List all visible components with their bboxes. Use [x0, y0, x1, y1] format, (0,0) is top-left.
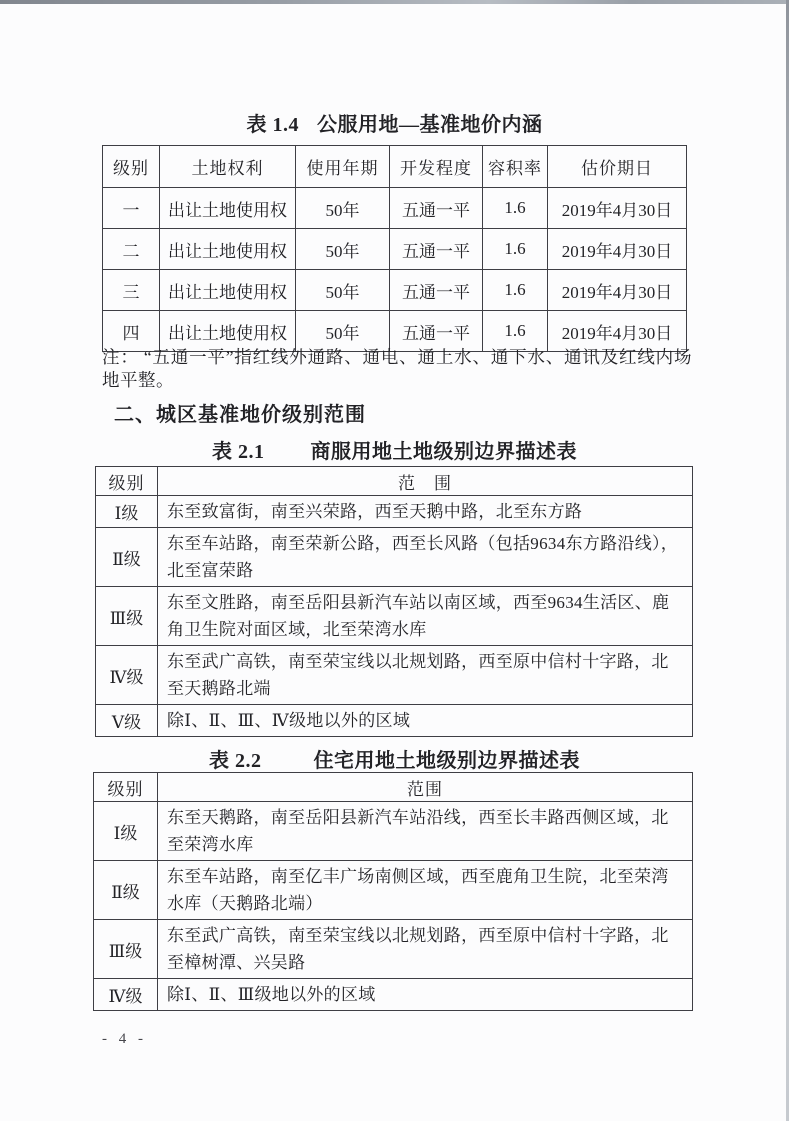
scan-edge-top	[0, 0, 789, 4]
cell-level: Ⅴ级	[96, 705, 158, 737]
cell-valuation-date: 2019年4月30日	[548, 270, 687, 311]
cell-far: 1.6	[483, 229, 548, 270]
cell-level: 三	[103, 270, 160, 311]
col-header-use-term: 使用年期	[296, 146, 390, 188]
col-header-far: 容积率	[483, 146, 548, 188]
col-header-land-right: 土地权利	[160, 146, 296, 188]
cell-valuation-date: 2019年4月30日	[548, 188, 687, 229]
cell-level: Ⅲ级	[96, 587, 158, 646]
cell-level: Ⅱ级	[96, 528, 158, 587]
cell-level: Ⅰ级	[96, 496, 158, 528]
scanned-document-page: { "table_1_4": { "title_no": "表 1.4", "t…	[0, 0, 789, 1121]
table-2-1-title-text: 商服用地土地级别边界描述表	[311, 435, 578, 464]
table-2-1-title-number: 表 2.1	[212, 435, 265, 464]
cell-range: 东至车站路，南至亿丰广场南侧区域，西至鹿角卫生院，北至荣湾水库（天鹅路北端）	[158, 861, 693, 920]
table-2-2-header-row: 级别 范围	[94, 773, 693, 802]
table-row: Ⅱ级 东至车站路，南至荣新公路，西至长风路（包括9634东方路沿线），北至富荣路	[96, 528, 693, 587]
table-1-4-header-row: 级别 土地权利 使用年期 开发程度 容积率 估价期日	[103, 146, 687, 188]
table-row: 二 出让土地使用权 50年 五通一平 1.6 2019年4月30日	[103, 229, 687, 270]
cell-level: Ⅰ级	[94, 802, 158, 861]
table-row: Ⅱ级 东至车站路，南至亿丰广场南侧区域，西至鹿角卫生院，北至荣湾水库（天鹅路北端…	[94, 861, 693, 920]
cell-far: 1.6	[483, 270, 548, 311]
cell-range: 东至天鹅路，南至岳阳县新汽车站沿线，西至长丰路西侧区域，北至荣湾水库	[158, 802, 693, 861]
table-1-4-title-text: 公服用地—基准地价内涵	[317, 108, 543, 137]
table-row: Ⅳ级 除Ⅰ、Ⅱ、Ⅲ级地以外的区域	[94, 979, 693, 1011]
table-row: Ⅰ级 东至致富街，南至兴荣路，西至天鹅中路，北至东方路	[96, 496, 693, 528]
cell-range: 除Ⅰ、Ⅱ、Ⅲ级地以外的区域	[158, 979, 693, 1011]
cell-level: Ⅳ级	[96, 646, 158, 705]
cell-development: 五通一平	[390, 188, 483, 229]
cell-land-right: 出让土地使用权	[160, 188, 296, 229]
table-1-4: 级别 土地权利 使用年期 开发程度 容积率 估价期日 一 出让土地使用权 50年…	[102, 145, 687, 352]
cell-use-term: 50年	[296, 188, 390, 229]
cell-range: 东至车站路，南至荣新公路，西至长风路（包括9634东方路沿线），北至富荣路	[158, 528, 693, 587]
col-header-level: 级别	[96, 467, 158, 496]
col-header-range: 范 围	[158, 467, 693, 496]
col-header-level: 级别	[103, 146, 160, 188]
cell-level: 一	[103, 188, 160, 229]
table-2-1-title: 表 2.1 商服用地土地级别边界描述表	[0, 435, 789, 464]
table-2-1: 级别 范 围 Ⅰ级 东至致富街，南至兴荣路，西至天鹅中路，北至东方路 Ⅱ级 东至…	[95, 466, 693, 737]
table-2-2: 级别 范围 Ⅰ级 东至天鹅路，南至岳阳县新汽车站沿线，西至长丰路西侧区域，北至荣…	[93, 772, 693, 1011]
cell-range: 东至致富街，南至兴荣路，西至天鹅中路，北至东方路	[158, 496, 693, 528]
cell-development: 五通一平	[390, 270, 483, 311]
cell-land-right: 出让土地使用权	[160, 229, 296, 270]
table-2-2-title-text: 住宅用地土地级别边界描述表	[314, 744, 581, 773]
col-header-range: 范围	[158, 773, 693, 802]
cell-level: Ⅲ级	[94, 920, 158, 979]
table-2-1-header-row: 级别 范 围	[96, 467, 693, 496]
col-header-valuation-date: 估价期日	[548, 146, 687, 188]
table-row: Ⅲ级 东至文胜路，南至岳阳县新汽车站以南区域，西至9634生活区、鹿角卫生院对面…	[96, 587, 693, 646]
col-header-development: 开发程度	[390, 146, 483, 188]
table-row: Ⅲ级 东至武广高铁，南至荣宝线以北规划路，西至原中信村十字路，北至樟树潭、兴吴路	[94, 920, 693, 979]
table-2-2-title-number: 表 2.2	[209, 744, 262, 773]
section-2-heading: 二、城区基准地价级别范围	[114, 398, 366, 427]
cell-level: Ⅱ级	[94, 861, 158, 920]
table-row: Ⅰ级 东至天鹅路，南至岳阳县新汽车站沿线，西至长丰路西侧区域，北至荣湾水库	[94, 802, 693, 861]
col-header-level: 级别	[94, 773, 158, 802]
cell-land-right: 出让土地使用权	[160, 270, 296, 311]
cell-valuation-date: 2019年4月30日	[548, 229, 687, 270]
table-2-2-title: 表 2.2 住宅用地土地级别边界描述表	[0, 744, 789, 773]
cell-level: 二	[103, 229, 160, 270]
table-row: Ⅴ级 除Ⅰ、Ⅱ、Ⅲ、Ⅳ级地以外的区域	[96, 705, 693, 737]
table-row: 一 出让土地使用权 50年 五通一平 1.6 2019年4月30日	[103, 188, 687, 229]
table-row: Ⅳ级 东至武广高铁，南至荣宝线以北规划路，西至原中信村十字路，北至天鹅路北端	[96, 646, 693, 705]
table-1-4-title-number: 表 1.4	[247, 108, 300, 137]
cell-level: Ⅳ级	[94, 979, 158, 1011]
cell-use-term: 50年	[296, 270, 390, 311]
cell-range: 东至武广高铁，南至荣宝线以北规划路，西至原中信村十字路，北至樟树潭、兴吴路	[158, 920, 693, 979]
table-1-4-note: 注： “五通一平”指红线外通路、通电、通上水、通下水、通讯及红线内场地平整。	[102, 346, 692, 392]
cell-use-term: 50年	[296, 229, 390, 270]
cell-range: 除Ⅰ、Ⅱ、Ⅲ、Ⅳ级地以外的区域	[158, 705, 693, 737]
cell-range: 东至武广高铁，南至荣宝线以北规划路，西至原中信村十字路，北至天鹅路北端	[158, 646, 693, 705]
page-number: - 4 -	[102, 1031, 147, 1048]
table-1-4-title: 表 1.4 公服用地—基准地价内涵	[0, 108, 789, 137]
cell-far: 1.6	[483, 188, 548, 229]
cell-development: 五通一平	[390, 229, 483, 270]
cell-range: 东至文胜路，南至岳阳县新汽车站以南区域，西至9634生活区、鹿角卫生院对面区域，…	[158, 587, 693, 646]
table-row: 三 出让土地使用权 50年 五通一平 1.6 2019年4月30日	[103, 270, 687, 311]
